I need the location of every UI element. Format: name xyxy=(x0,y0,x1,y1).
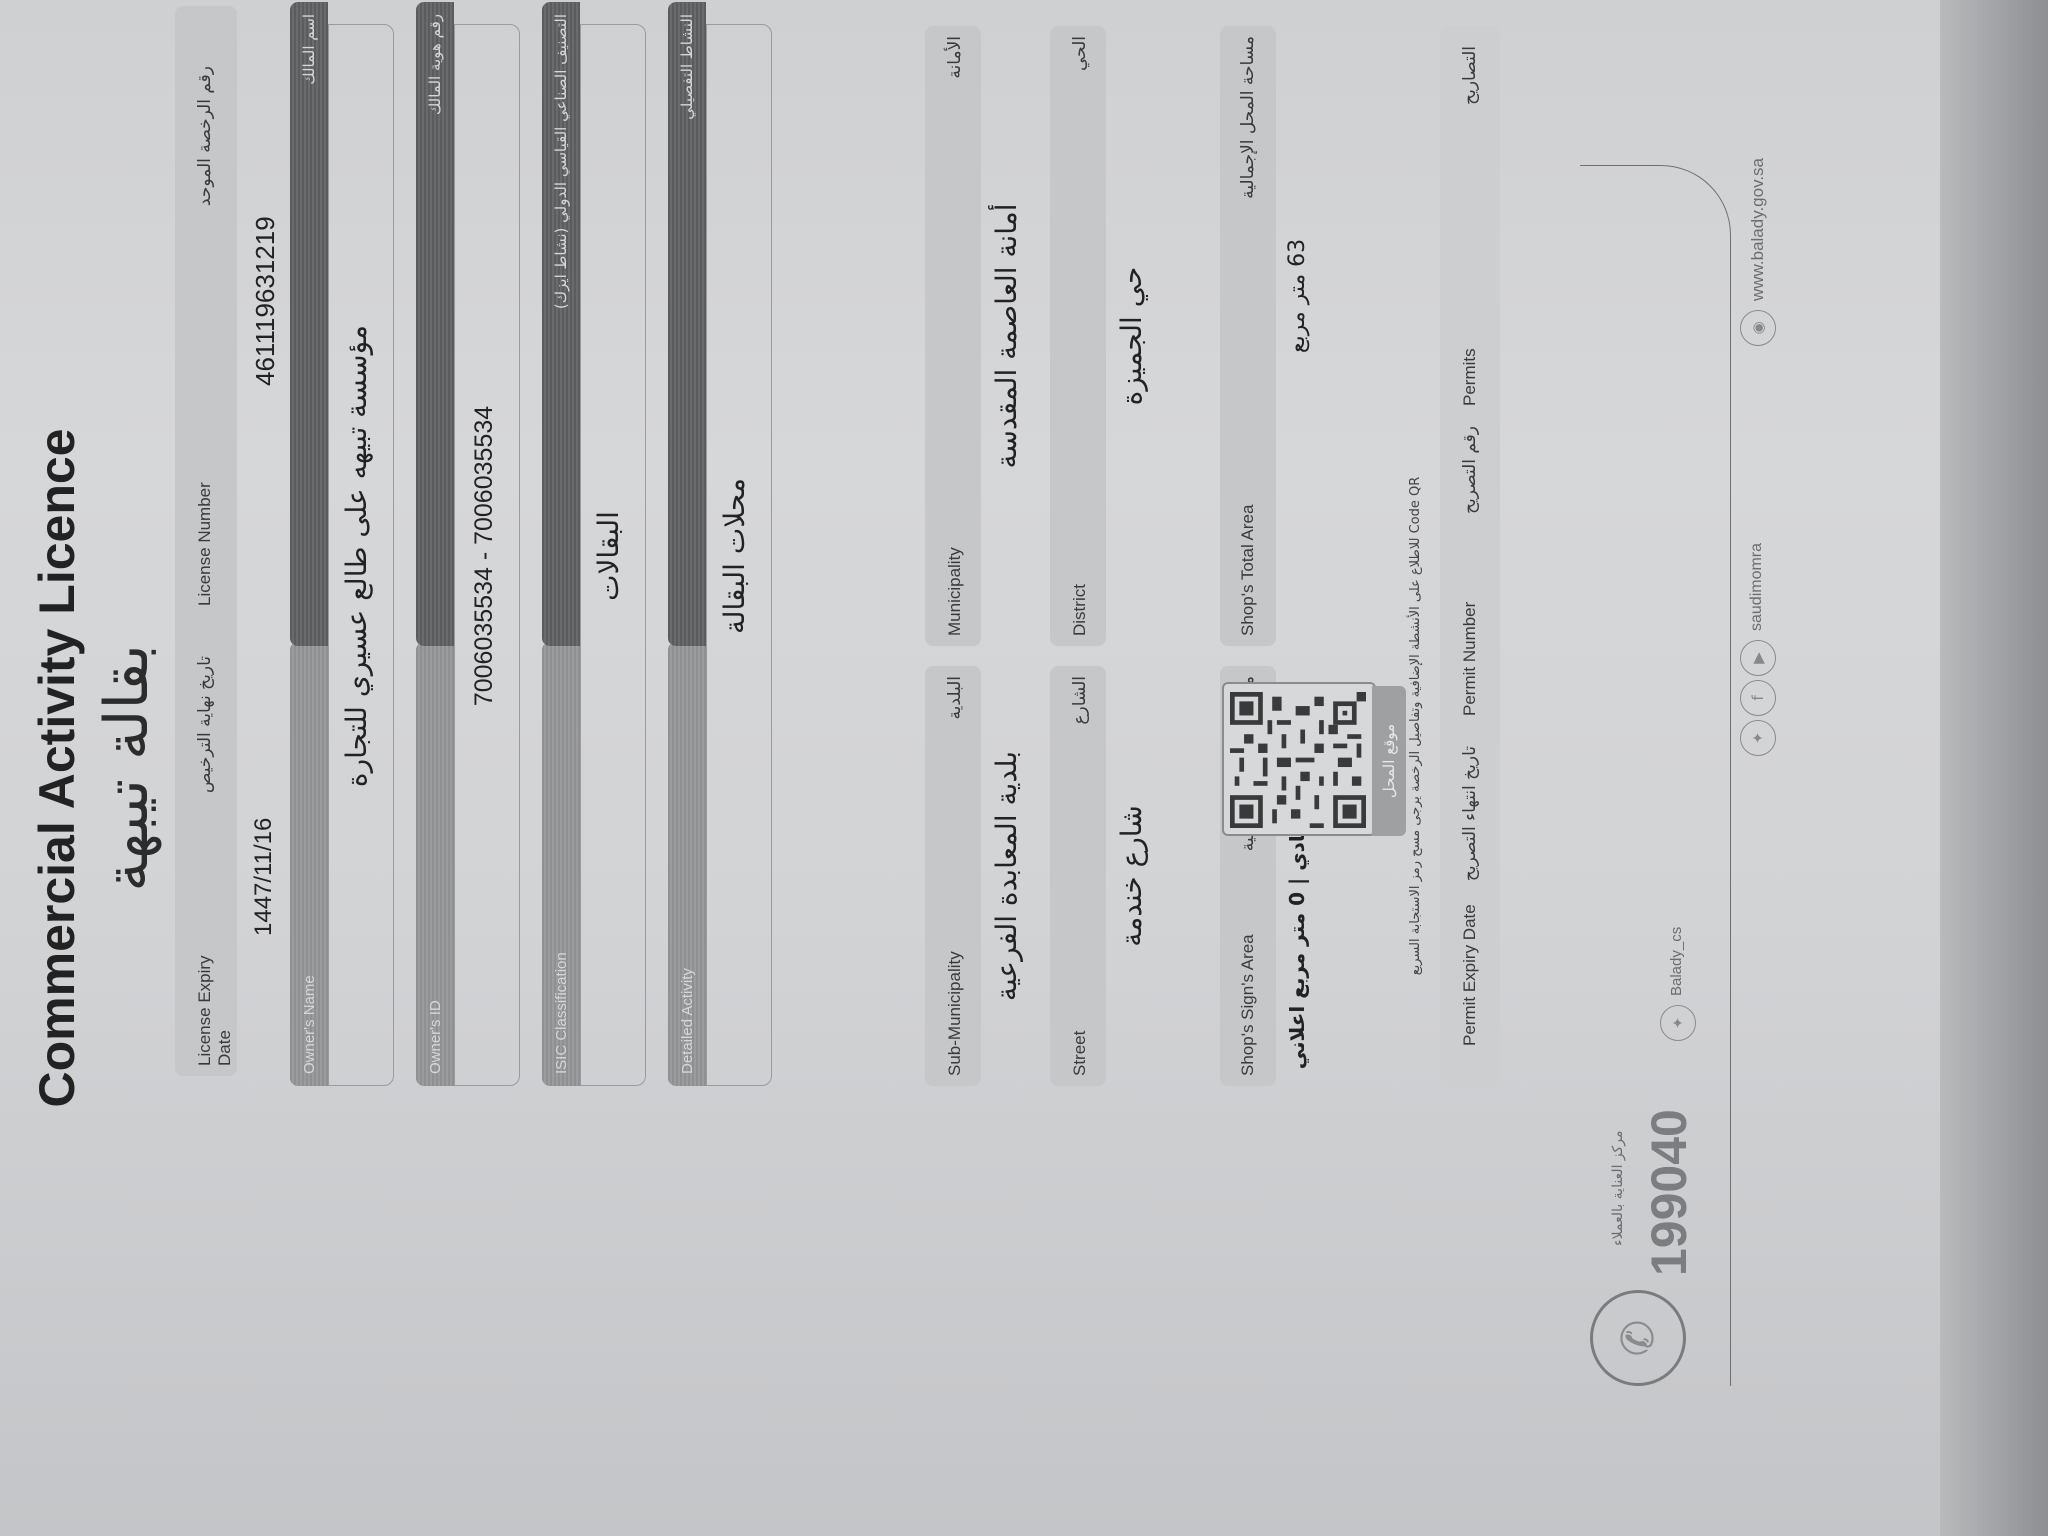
district-label-en: District xyxy=(1070,584,1090,636)
license-number-label-en: License Number xyxy=(195,466,215,606)
owner-name-label-en: Owner's Name xyxy=(290,642,328,1086)
owner-id-label-en: Owner's ID xyxy=(416,642,454,1086)
label-text: التصنيف الصناعي القياسي الدولي (نشاط ايز… xyxy=(552,14,570,309)
licence-document: Commercial Activity Licence بقالة تيبهة … xyxy=(0,0,2048,1536)
permit-expiry-label-ar: تاريخ انتهاء التصريح xyxy=(1460,746,1480,896)
label-text: النشاط التفصيلي xyxy=(678,14,696,120)
twitter-icon[interactable]: ✦ xyxy=(1660,1005,1696,1041)
page-edge xyxy=(1940,0,2048,1536)
globe-icon: ◉ xyxy=(1740,310,1776,346)
label-text: رقم هوية المالك xyxy=(426,14,444,115)
care-center-label: مركز العناية بالعملاء xyxy=(1610,1130,1626,1246)
license-expiry-value: 1447/11/16 xyxy=(250,818,278,936)
district-value: حي الجميزة xyxy=(1115,26,1148,646)
municipality-label-ar: الأمانة xyxy=(945,36,965,136)
sub-municipality-label-en: Sub-Municipality xyxy=(945,951,965,1076)
permits-label-en: Permits xyxy=(1460,348,1480,406)
permit-expiry-label-en: Permit Expiry Date xyxy=(1460,904,1480,1046)
label-text: ISIC Classification xyxy=(553,952,570,1074)
license-expiry-label-ar: تاريخ نهاية الترخيص xyxy=(195,656,215,816)
qr-code-frame[interactable] xyxy=(1222,682,1376,836)
district-strip xyxy=(1050,26,1106,646)
qr-code-icon xyxy=(1230,692,1366,828)
sub-municipality-value: بلدية المعابدة الفرعية xyxy=(990,666,1023,1086)
street-label-ar: الشارع xyxy=(1070,676,1090,756)
label-text: اسم المالك xyxy=(300,14,318,85)
sign-area-label-en: Shop's Sign's Area xyxy=(1238,934,1258,1076)
isic-value: البقالات xyxy=(592,26,625,1086)
permits-label-ar: التصاريح xyxy=(1460,46,1480,126)
phone-icon: ✆ xyxy=(1590,1290,1686,1386)
sub-municipality-label-ar: البلدية xyxy=(945,676,965,756)
detailed-activity-label-ar: النشاط التفصيلي xyxy=(668,2,706,646)
total-area-label-ar: مساحة المحل الإجمالية xyxy=(1238,36,1258,266)
care-phone-number[interactable]: 199040 xyxy=(1640,1109,1698,1276)
owner-id-value: 7006035534 - 7006035534 xyxy=(470,26,499,1086)
title-english: Commercial Activity Licence xyxy=(28,0,86,1536)
street-value: شارع خندمة xyxy=(1115,666,1148,1086)
social-handle[interactable]: saudimomra xyxy=(1748,543,1766,631)
municipality-value: أمانة العاصمة المقدسة xyxy=(990,26,1023,646)
shop-location-tab[interactable]: موقع المحل xyxy=(1372,686,1406,836)
municipality-label-en: Municipality xyxy=(945,547,965,636)
title-arabic: بقالة تيبهة xyxy=(92,0,162,1536)
total-area-label-en: Shop's Total Area xyxy=(1238,505,1258,636)
unified-number-label-ar: رقم الرخصة الموحد xyxy=(195,66,215,236)
label-text: Owner's ID xyxy=(427,1000,444,1074)
facebook-icon[interactable]: f xyxy=(1740,680,1776,716)
owner-name-value: مؤسسة تبيهه على طالع عسيري للتجارة xyxy=(340,26,373,1086)
license-number-value: 461119631219 xyxy=(250,216,281,386)
permit-number-label-en: Permit Number xyxy=(1460,602,1480,716)
street-label-en: Street xyxy=(1070,1031,1090,1076)
detailed-activity-value: محلات البقالة xyxy=(718,26,751,1086)
total-area-value: 63 متر مربع xyxy=(1285,156,1310,436)
label-text: Owner's Name xyxy=(301,975,318,1074)
qr-caption: Code QR للاطلاع على الأنشطة الإضافية وتف… xyxy=(1408,336,1423,1116)
isic-label-en: ISIC Classification xyxy=(542,642,580,1086)
district-label-ar: الحي xyxy=(1070,36,1090,116)
detailed-activity-label-en: Detailed Activity xyxy=(668,642,706,1086)
license-expiry-label-en: License Expiry Date xyxy=(195,916,235,1066)
twitter-icon-2[interactable]: ✦ xyxy=(1740,720,1776,756)
youtube-icon[interactable]: ▶ xyxy=(1740,640,1776,676)
label-text: Detailed Activity xyxy=(679,968,696,1074)
website-link[interactable]: www.balady.gov.sa xyxy=(1748,158,1768,301)
owner-id-label-ar: رقم هوية المالك xyxy=(416,2,454,646)
permit-number-label-ar: رقم التصريح xyxy=(1460,426,1480,536)
owner-name-label-ar: اسم المالك xyxy=(290,2,328,646)
isic-label-ar: التصنيف الصناعي القياسي الدولي (نشاط ايز… xyxy=(542,2,580,646)
twitter-handle[interactable]: Balady_cs xyxy=(1668,927,1685,996)
